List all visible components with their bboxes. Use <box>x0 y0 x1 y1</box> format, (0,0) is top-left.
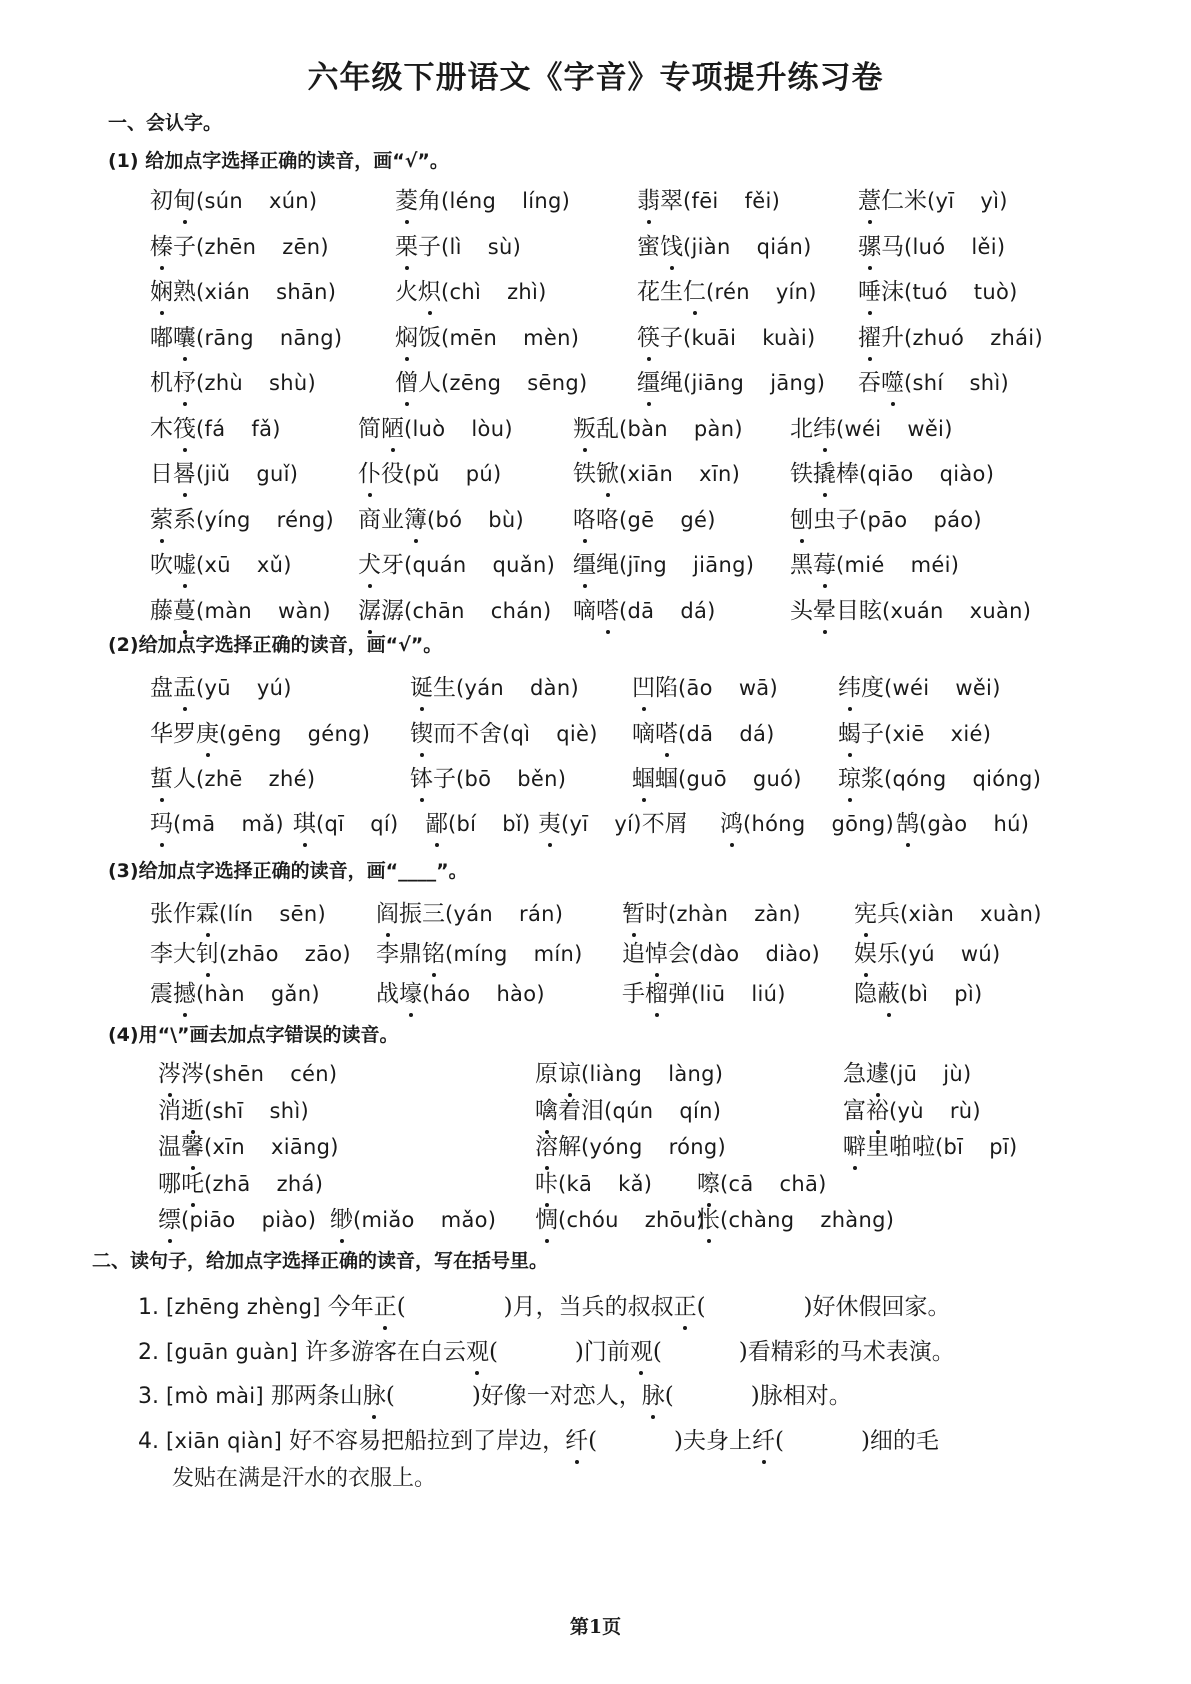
pinyin-option-b[interactable]: zhōu <box>645 1208 697 1232</box>
pinyin-option-a[interactable]: bó <box>436 508 463 532</box>
pinyin-option-a[interactable]: jiàn <box>692 235 731 259</box>
sentence-text: 许多游客在白云 <box>305 1339 466 1365</box>
sentence-text: )细的毛 <box>861 1428 939 1454</box>
pinyin-option-b[interactable]: páo <box>933 508 973 532</box>
pinyin-option-a[interactable]: shí <box>913 371 944 395</box>
pinyin-option-a[interactable]: zhā <box>213 1172 251 1196</box>
pinyin-option-b[interactable]: xuàn <box>980 902 1033 926</box>
pinyin-option-a[interactable]: cā <box>729 1172 754 1196</box>
pinyin-option-b[interactable]: qióng <box>973 767 1033 791</box>
pinyin-option-b[interactable]: làng <box>668 1062 715 1086</box>
pinyin-option-b[interactable]: róng <box>669 1135 718 1159</box>
pinyin-option-b[interactable]: mǎ <box>241 812 275 836</box>
pinyin-option-a[interactable]: mié <box>845 553 885 577</box>
word: 追悼会 <box>622 941 691 967</box>
sentence-text: ( <box>665 1383 674 1409</box>
sentence-text: 好不容易把船拉到了岸边， <box>289 1428 565 1454</box>
pinyin-option-a[interactable]: qóng <box>893 767 947 791</box>
pinyin-option-b[interactable]: xǔ <box>257 553 283 577</box>
word: 嚓 <box>697 1171 720 1197</box>
answer-blank[interactable] <box>662 1340 739 1365</box>
character: 藤 <box>150 598 173 624</box>
dotted-character: 骡 <box>858 228 881 261</box>
pinyin-option-b[interactable]: xié <box>951 722 983 746</box>
pinyin-option-a[interactable]: yóng <box>590 1135 643 1159</box>
word: 缰绳 <box>637 370 683 396</box>
word: 擢升 <box>858 325 904 351</box>
character: 眩 <box>859 598 882 624</box>
character: 嘟 <box>150 325 173 351</box>
pinyin-option-a[interactable]: zhàn <box>677 902 729 926</box>
pinyin-option-a[interactable]: pāo <box>868 508 908 532</box>
pinyin-option-b[interactable]: zhá <box>277 1172 315 1196</box>
pinyin-option-a[interactable]: gào <box>928 812 968 836</box>
pinyin-option-b[interactable]: yí <box>614 812 633 836</box>
pinyin-option-b[interactable]: liú <box>751 982 777 1006</box>
answer-blank[interactable] <box>395 1384 472 1409</box>
pinyin-options: (yīyì) <box>927 189 1008 213</box>
dotted-character: 刨 <box>790 501 813 534</box>
pinyin-options: (shīshì) <box>204 1099 309 1123</box>
pinyin-option-a[interactable]: xiān <box>628 462 674 486</box>
pinyin-option-b[interactable]: pàn <box>694 417 734 441</box>
pinyin-choice-item: 暂时(zhànzàn) <box>622 895 801 928</box>
pinyin-choice-item: 怅(chàngzhàng) <box>697 1201 894 1234</box>
pinyin-option-a[interactable]: léng <box>450 189 497 213</box>
pinyin-options: (xūxǔ) <box>196 553 292 577</box>
pinyin-option-b[interactable]: zàn <box>754 902 792 926</box>
answer-blank[interactable] <box>406 1295 504 1320</box>
section-1-heading: 一、会认字。 <box>108 108 222 135</box>
pinyin-option-a[interactable]: hàn <box>205 982 245 1006</box>
character: 兵 <box>877 901 900 927</box>
word: 吞噬 <box>858 370 904 396</box>
pinyin-option-b[interactable]: pī <box>989 1135 1009 1159</box>
pinyin-option-a[interactable]: dā <box>628 599 655 623</box>
pinyin-option-a[interactable]: yán <box>465 676 505 700</box>
sentence-text: ( <box>697 1294 706 1320</box>
pinyin-option-b[interactable]: cén <box>290 1062 329 1086</box>
pinyin-choice-item: 涔涔(shēncén) <box>158 1055 337 1088</box>
pinyin-options: (xiànxuàn) <box>900 902 1042 926</box>
pinyin-choice-item: 北纬(wéiwěi) <box>790 410 953 443</box>
pinyin-option-a[interactable]: mā <box>182 812 216 836</box>
pinyin-option-a[interactable]: qì <box>511 722 531 746</box>
pinyin-option-b[interactable]: pú <box>466 462 493 486</box>
pinyin-option-b[interactable]: wěi <box>907 417 944 441</box>
pinyin-options: (āowā) <box>678 676 778 700</box>
dotted-character: 蔽 <box>877 975 900 1008</box>
sentence-text: 那两条山 <box>271 1383 363 1409</box>
pinyin-option-a[interactable]: gēng <box>228 722 282 746</box>
pinyin-options: (jūjù) <box>889 1062 972 1086</box>
pinyin-choice-item: 商业簿(bóbù) <box>358 501 524 534</box>
pinyin-choice-item: 榛子(zhēnzēn) <box>150 228 329 261</box>
pinyin-option-a[interactable]: liàng <box>590 1062 643 1086</box>
pinyin-option-a[interactable]: yán <box>454 902 494 926</box>
pinyin-option-b[interactable]: fěi <box>745 189 772 213</box>
pinyin-option-a[interactable]: hóng <box>752 812 806 836</box>
character: 罗 <box>173 721 196 747</box>
pinyin-option-b[interactable]: diào <box>765 942 811 966</box>
dotted-character: 僧 <box>395 364 418 397</box>
pinyin-option-b[interactable]: piào <box>262 1208 308 1232</box>
pinyin-option-b[interactable]: zhàng <box>820 1208 885 1232</box>
character: 人 <box>418 370 441 396</box>
word: 骡马 <box>858 234 904 260</box>
pinyin-option-a[interactable]: bí <box>457 812 477 836</box>
pinyin-option-b[interactable]: wā <box>739 676 770 700</box>
pinyin-option-a[interactable]: háo <box>431 982 471 1006</box>
pinyin-option-b[interactable]: jiāng <box>693 553 746 577</box>
pinyin-option-a[interactable]: jīng <box>628 553 668 577</box>
pinyin-choice-item: 哪吒(zhāzhá) <box>158 1165 323 1198</box>
answer-blank[interactable] <box>784 1429 861 1454</box>
word: 宪兵 <box>854 901 900 927</box>
sentence-text: )门前 <box>575 1339 630 1365</box>
pinyin-option-b[interactable]: wěi <box>955 676 992 700</box>
item-row: 哪吒(zhāzhá)咔(kākǎ)嚓(cāchā) <box>0 1165 1191 1205</box>
pinyin-option-a[interactable]: piāo <box>190 1208 236 1232</box>
word: 潺潺 <box>358 598 404 624</box>
pinyin-option-a[interactable]: zhāo <box>228 942 279 966</box>
pinyin-option-b[interactable]: fǎ <box>251 417 272 441</box>
pinyin-choice-item: 筷子(kuāikuài) <box>637 319 815 352</box>
item-row: 缥(piāopiào)缈(miǎomǎo)惆(chóuzhōu)怅(chàngz… <box>0 1201 1191 1241</box>
pinyin-option-b[interactable]: dá <box>739 722 766 746</box>
pinyin-option-a[interactable]: bō <box>465 767 492 791</box>
pinyin-option-a[interactable]: jiǔ <box>205 462 231 486</box>
pinyin-choice-item: 菱角(lénglíng) <box>395 182 570 215</box>
pinyin-option-a[interactable]: zhuó <box>913 326 965 350</box>
pinyin-option-b[interactable]: shān <box>276 280 328 304</box>
pinyin-option-a[interactable]: luò <box>413 417 446 441</box>
pinyin-option-b[interactable]: jāng <box>770 371 817 395</box>
pinyin-option-b[interactable]: quǎn <box>493 553 547 577</box>
pinyin-options: (liànglàng) <box>581 1062 723 1086</box>
character: 度 <box>861 675 884 701</box>
pinyin-option-b[interactable]: hào <box>496 982 536 1006</box>
pinyin-option-a[interactable]: yú <box>909 942 935 966</box>
pinyin-option-b[interactable]: chā <box>780 1172 819 1196</box>
pinyin-option-b[interactable]: guó <box>753 767 793 791</box>
pinyin-option-b[interactable]: zhì <box>507 280 538 304</box>
pinyin-option-a[interactable]: sún <box>205 189 243 213</box>
answer-blank[interactable] <box>706 1295 804 1320</box>
pinyin-option-b[interactable]: zēn <box>282 235 320 259</box>
dotted-character: 筷 <box>637 319 660 352</box>
pinyin-option-b[interactable]: shì <box>970 371 1001 395</box>
pinyin-options: (zhēzhé) <box>196 767 315 791</box>
dotted-character: 鄙 <box>425 805 448 838</box>
character: 北 <box>790 416 813 442</box>
pinyin-options: (guōguó) <box>678 767 802 791</box>
dotted-character: 纬 <box>813 410 836 443</box>
pinyin-option-b[interactable]: rù <box>950 1099 973 1123</box>
pinyin-option-b[interactable]: chán <box>491 599 543 623</box>
character: 子 <box>173 234 196 260</box>
pinyin-option-a[interactable]: shī <box>213 1099 244 1123</box>
pinyin-options: (qìqiè) <box>502 722 598 746</box>
pinyin-choice-item: 翡翠(fēifěi) <box>637 182 780 215</box>
pinyin-option-a[interactable]: kuāi <box>692 326 737 350</box>
pinyin-option-b[interactable]: mèn <box>523 326 571 350</box>
character: 手 <box>622 981 645 1007</box>
dotted-character: 蔓 <box>173 592 196 625</box>
dotted-character: 撬 <box>813 455 836 488</box>
pinyin-option-a[interactable]: shēn <box>213 1062 265 1086</box>
pinyin-choice-item: 缰绳(jīngjiāng) <box>573 546 754 579</box>
pinyin-choice-item: 急遽(jūjù) <box>843 1055 972 1088</box>
pinyin-option-a[interactable]: xiē <box>893 722 925 746</box>
pinyin-option-b[interactable]: bǐ <box>502 812 522 836</box>
pinyin-option-b[interactable]: xuàn <box>970 599 1023 623</box>
character: 人 <box>173 766 196 792</box>
pinyin-option-b[interactable]: mǎo <box>441 1208 488 1232</box>
pinyin-option-b[interactable]: yì <box>980 189 999 213</box>
pinyin-option-a[interactable]: rāng <box>205 326 254 350</box>
pinyin-option-b[interactable]: géng <box>308 722 362 746</box>
pinyin-option-a[interactable]: zhēn <box>205 235 257 259</box>
pinyin-option-a[interactable]: liū <box>700 982 726 1006</box>
word: 北纬 <box>790 416 836 442</box>
pinyin-options: (chóuzhōu) <box>558 1208 705 1232</box>
dotted-character: 咯 <box>573 501 596 534</box>
pinyin-option-a[interactable]: dào <box>700 942 740 966</box>
pinyin-options: (zhànzàn) <box>668 902 801 926</box>
pinyin-option-a[interactable]: dā <box>687 722 714 746</box>
pinyin-option-b[interactable]: bù <box>488 508 515 532</box>
pinyin-options: (rényín) <box>706 280 817 304</box>
pinyin-option-b[interactable]: dàn <box>530 676 570 700</box>
pinyin-option-a[interactable]: zhù <box>205 371 244 395</box>
pinyin-option-a[interactable]: āo <box>687 676 713 700</box>
dotted-character: 铭 <box>422 935 445 968</box>
pinyin-option-a[interactable]: fēi <box>692 189 719 213</box>
pinyin-option-a[interactable]: pǔ <box>413 462 440 486</box>
dotted-character: 嗒 <box>655 715 678 748</box>
pinyin-option-b[interactable]: yín <box>776 280 808 304</box>
answer-blank[interactable] <box>498 1340 575 1365</box>
word: 娴熟 <box>150 279 196 305</box>
pinyin-option-b[interactable]: méi <box>911 553 951 577</box>
pinyin-option-a[interactable]: xīn <box>213 1135 245 1159</box>
pinyin-choice-item: 僧人(zēngsēng) <box>395 364 588 397</box>
dotted-character: 锨 <box>596 455 619 488</box>
pinyin-option-a[interactable]: qī <box>325 812 345 836</box>
pinyin-choice-item: 简陋(luòlòu) <box>358 410 513 443</box>
pinyin-options: (miéméi) <box>836 553 959 577</box>
pinyin-option-a[interactable]: chān <box>413 599 465 623</box>
pinyin-options: (xiānxīn) <box>619 462 740 486</box>
pinyin-option-b[interactable]: mín <box>534 942 575 966</box>
character: 原 <box>535 1061 558 1087</box>
item-row: 蜇人(zhēzhé)钵子(bōběn)蝈蝈(guōguó)琼浆(qóngqión… <box>0 760 1191 800</box>
pinyin-option-a[interactable]: mēn <box>450 326 498 350</box>
word: 缥 <box>158 1207 181 1233</box>
pinyin-option-a[interactable]: jiāng <box>692 371 745 395</box>
character: 绳 <box>660 370 683 396</box>
dotted-character: 萦 <box>150 501 173 534</box>
pinyin-choice-item: 温馨(xīnxiāng) <box>158 1128 339 1161</box>
dotted-character: 叛 <box>573 410 596 443</box>
pinyin-option-b[interactable]: qín <box>679 1099 712 1123</box>
dotted-character: 缰 <box>573 546 596 579</box>
pinyin-option-b[interactable]: shù <box>269 371 307 395</box>
pinyin-option-b[interactable]: nāng <box>280 326 334 350</box>
pinyin-options-bracket: [mò mài] <box>166 1384 271 1408</box>
pinyin-option-a[interactable]: luó <box>913 235 946 259</box>
pinyin-option-b[interactable]: lòu <box>471 417 504 441</box>
pinyin-option-a[interactable]: wéi <box>893 676 930 700</box>
pinyin-option-b[interactable]: gé <box>680 508 707 532</box>
pinyin-option-a[interactable]: qún <box>613 1099 654 1123</box>
pinyin-option-b[interactable]: réng <box>277 508 326 532</box>
pinyin-option-b[interactable]: pì <box>954 982 974 1006</box>
pinyin-option-b[interactable]: tuò <box>974 280 1009 304</box>
pinyin-option-a[interactable]: lì <box>450 235 462 259</box>
pinyin-option-a[interactable]: chóu <box>567 1208 619 1232</box>
word: 战壕 <box>376 981 422 1007</box>
pinyin-option-a[interactable]: jū <box>898 1062 918 1086</box>
pinyin-option-a[interactable]: bì <box>909 982 929 1006</box>
pinyin-options: (yūyú) <box>196 676 292 700</box>
pinyin-choice-item: 火炽(chìzhì) <box>395 273 547 306</box>
pinyin-option-b[interactable]: gōng <box>832 812 886 836</box>
item-row: 榛子(zhēnzēn)栗子(lìsù)蜜饯(jiànqián)骡马(luólěi… <box>0 228 1191 268</box>
pinyin-option-b[interactable]: xiāng <box>271 1135 330 1159</box>
character: 华 <box>150 721 173 747</box>
pinyin-option-a[interactable]: tuó <box>913 280 948 304</box>
character: 牙 <box>381 552 404 578</box>
pinyin-options: (shíshì) <box>904 371 1009 395</box>
pinyin-option-a[interactable]: fá <box>205 417 226 441</box>
dotted-character: 甸 <box>173 182 196 215</box>
dotted-character: 霖 <box>196 895 219 928</box>
pinyin-options: (yùrù) <box>889 1099 981 1123</box>
pinyin-option-a[interactable]: qiāo <box>868 462 914 486</box>
pinyin-option-a[interactable]: zēng <box>450 371 502 395</box>
pinyin-option-a[interactable]: chàng <box>729 1208 795 1232</box>
pinyin-option-b[interactable]: gǎn <box>271 982 311 1006</box>
dotted-character: 鹄 <box>896 805 919 838</box>
pinyin-option-a[interactable]: yù <box>898 1099 924 1123</box>
pinyin-option-b[interactable]: shì <box>270 1099 301 1123</box>
pinyin-option-b[interactable]: wàn <box>278 599 322 623</box>
pinyin-option-a[interactable]: bī <box>944 1135 964 1159</box>
pinyin-option-b[interactable]: jù <box>943 1062 963 1086</box>
pinyin-option-a[interactable]: miǎo <box>362 1208 415 1232</box>
word: 惆 <box>535 1207 558 1233</box>
pinyin-option-b[interactable]: běn <box>517 767 557 791</box>
pinyin-option-a[interactable]: quán <box>413 553 467 577</box>
pinyin-choice-item: 嘟囔(rāngnāng) <box>150 319 342 352</box>
dotted-character: 榛 <box>150 228 173 261</box>
word: 薏仁米 <box>858 188 927 214</box>
pinyin-option-a[interactable]: wéi <box>845 417 882 441</box>
pinyin-option-a[interactable]: xū <box>205 553 231 577</box>
word: 鄙 <box>425 811 448 837</box>
pinyin-option-a[interactable]: kā <box>567 1172 593 1196</box>
pinyin-option-b[interactable]: qián <box>757 235 804 259</box>
pinyin-option-a[interactable]: lín <box>228 902 254 926</box>
character: 嘀 <box>632 721 655 747</box>
pinyin-option-b[interactable]: dá <box>680 599 707 623</box>
pinyin-option-b[interactable]: kuài <box>762 326 807 350</box>
pinyin-choice-item: 鄙(bíbǐ) <box>425 805 531 838</box>
pinyin-option-a[interactable]: yī <box>936 189 955 213</box>
pinyin-option-b[interactable]: líng <box>522 189 562 213</box>
pinyin-option-b[interactable]: qiào <box>940 462 986 486</box>
pinyin-option-b[interactable]: lěi <box>971 235 997 259</box>
part-1-heading: (1) 给加点字选择正确的读音，画“√”。 <box>108 146 449 173</box>
answer-blank[interactable] <box>597 1429 674 1454</box>
pinyin-option-b[interactable]: xún <box>269 189 309 213</box>
pinyin-option-a[interactable]: rén <box>715 280 750 304</box>
pinyin-options: (súnxún) <box>196 189 317 213</box>
dotted-character: 嚓 <box>697 1165 720 1198</box>
pinyin-option-b[interactable]: yú <box>257 676 283 700</box>
character: 初 <box>150 188 173 214</box>
item-row: 藤蔓(mànwàn)潺潺(chānchán)嘀嗒(dādá)头晕目眩(xuánx… <box>0 592 1191 632</box>
pinyin-option-b[interactable]: sù <box>488 235 513 259</box>
dotted-character: 正 <box>674 1288 697 1321</box>
answer-blank[interactable] <box>674 1384 751 1409</box>
pinyin-option-b[interactable]: kǎ <box>618 1172 644 1196</box>
word: 噼里啪啦 <box>843 1134 935 1160</box>
pinyin-option-b[interactable]: zhé <box>269 767 307 791</box>
pinyin-options: (tuótuò) <box>904 280 1018 304</box>
pinyin-option-a[interactable]: chì <box>450 280 482 304</box>
pinyin-option-b[interactable]: qiè <box>556 722 589 746</box>
pinyin-option-b[interactable]: hú <box>993 812 1020 836</box>
pinyin-option-b[interactable]: xīn <box>699 462 731 486</box>
pinyin-option-a[interactable]: xián <box>205 280 251 304</box>
character: 仁 <box>881 188 904 214</box>
character: 盘 <box>150 675 173 701</box>
pinyin-option-a[interactable]: zhē <box>205 767 243 791</box>
pinyin-option-a[interactable]: yū <box>205 676 231 700</box>
pinyin-option-a[interactable]: bàn <box>628 417 668 441</box>
pinyin-option-b[interactable]: wú <box>961 942 992 966</box>
pinyin-option-a[interactable]: gē <box>628 508 655 532</box>
pinyin-option-b[interactable]: rán <box>519 902 555 926</box>
pinyin-options: (yīyí) <box>561 812 642 836</box>
pinyin-option-b[interactable]: qí <box>370 812 390 836</box>
word: 诞生 <box>410 675 456 701</box>
dotted-character: 嘘 <box>173 546 196 579</box>
sentence-4-continuation: 发贴在满是汗水的衣服上。 <box>172 1461 436 1492</box>
pinyin-choice-item: 藤蔓(mànwàn) <box>150 592 331 625</box>
pinyin-option-a[interactable]: guō <box>687 767 727 791</box>
pinyin-option-a[interactable]: míng <box>454 942 508 966</box>
character: 乐 <box>877 941 900 967</box>
character: 生 <box>433 675 456 701</box>
sentence-text: )好休假回家。 <box>803 1294 950 1320</box>
pinyin-option-b[interactable]: sēn <box>279 902 317 926</box>
pinyin-option-b[interactable]: zhái <box>990 326 1034 350</box>
pinyin-option-b[interactable]: guǐ <box>256 462 289 486</box>
pinyin-option-a[interactable]: xuán <box>891 599 944 623</box>
pinyin-options: (jīngjiāng) <box>619 553 754 577</box>
pinyin-option-a[interactable]: xiàn <box>909 902 955 926</box>
character: 米 <box>904 188 927 214</box>
pinyin-option-b[interactable]: zāo <box>305 942 343 966</box>
pinyin-option-b[interactable]: sēng <box>527 371 579 395</box>
pinyin-option-a[interactable]: yī <box>570 812 589 836</box>
pinyin-option-a[interactable]: màn <box>205 599 253 623</box>
pinyin-option-a[interactable]: yíng <box>205 508 251 532</box>
